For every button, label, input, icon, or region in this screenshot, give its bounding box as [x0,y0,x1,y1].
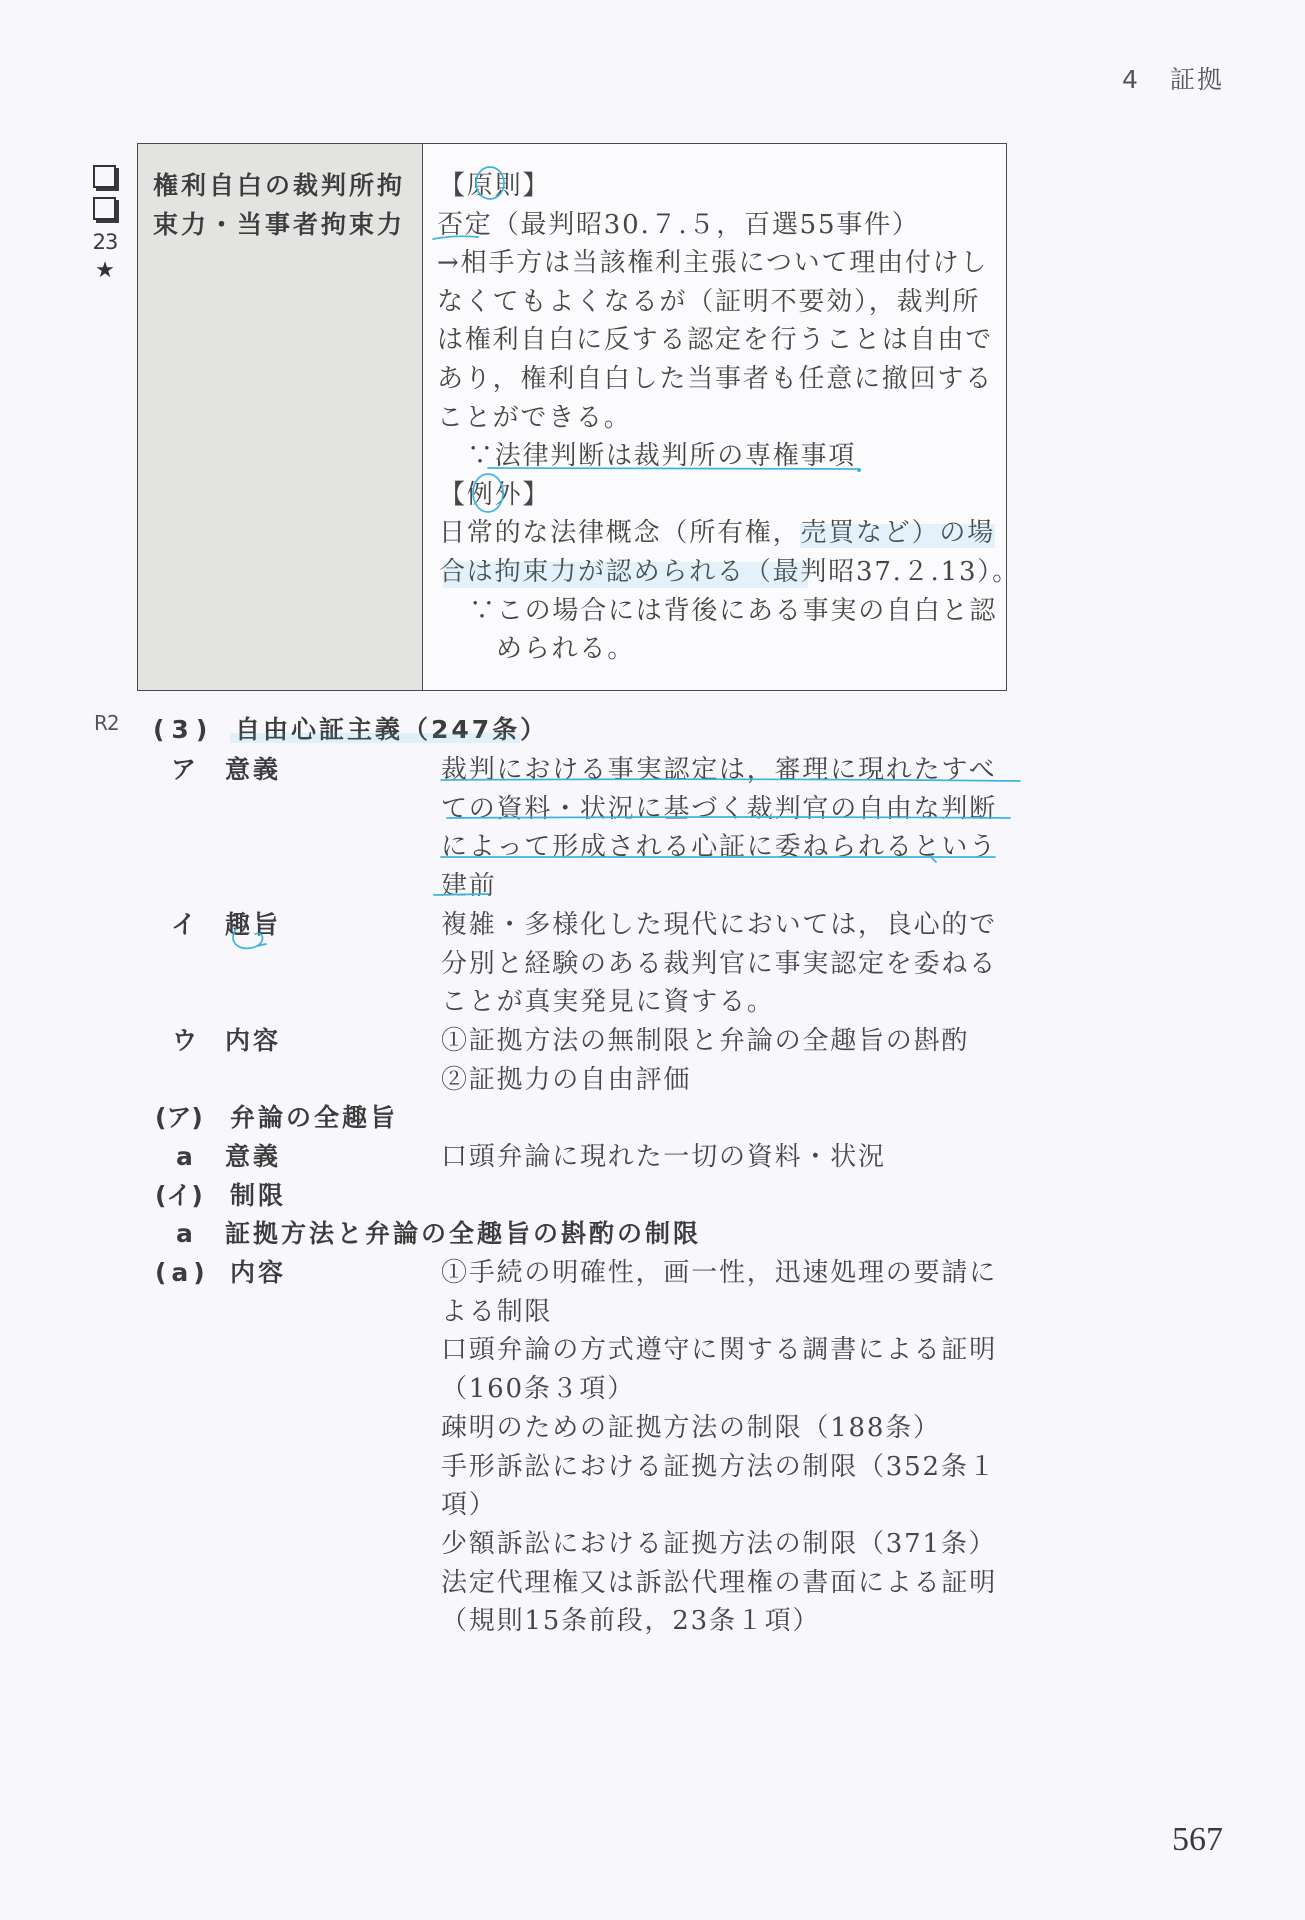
content-line: 日常的な法律概念（所有権，売買など）の場 [439,514,995,552]
content-line: あり，権利自白した当事者も任意に撤回する [437,360,993,398]
content-line: →相手方は当該権利主張について理由付けし [437,244,988,282]
section-title: 自由心証主義（247条） [235,711,548,749]
reason-line: ∵この場合には背後にある事実の自白と認 [469,592,997,630]
item-text-line: 手形訴訟における証拠方法の制限（352条１ [441,1448,996,1486]
star-icon: ★ [92,259,118,283]
study-checkbox-icon [93,165,116,188]
item-marker: a [176,1138,193,1176]
item-marker: a [176,1215,193,1253]
item-text-line: ことが真実発見に資する。 [441,983,775,1021]
item-marker: (イ) [155,1177,203,1215]
item-text-line: 建前 [441,867,497,905]
reason-line: ∵法律判断は裁判所の専権事項 [467,437,856,475]
table-row-label-cell: 権利自白の裁判所拘 束力・当事者拘束力 [138,144,423,690]
reason-line-continued: められる。 [496,630,635,668]
section-number: (3) [153,711,214,749]
item-marker: (a) [155,1254,210,1292]
item-text-line: 疎明のための証拠方法の制限（188条） [441,1409,941,1447]
content-line: なくてもよくなるが（証明不要効），裁判所 [437,283,980,321]
item-text-line: 項） [441,1486,497,1524]
item-text-line: 複雑・多様化した現代においては，良心的で [441,906,997,944]
item-label: 意義 [225,751,281,789]
book-page: 4 証拠 23 ★ 権利自白の裁判所拘 束力・当事者拘束力 【原則】 否定（最判… [0,0,1305,1920]
content-line: 合は拘束力が認められる（最判昭37.２.13）。 [439,553,1020,591]
item-marker: ウ [172,1022,197,1060]
item-label: 弁論の全趣旨 [230,1099,398,1137]
exception-heading: 【例外】 [439,476,550,514]
chapter-number: 4 [1122,61,1138,99]
frequency-count: 23 [92,230,118,254]
item-label: 内容 [225,1022,281,1060]
item-text-line: 裁判における事実認定は，審理に現れたすべ [441,751,996,789]
row-label-line: 権利自白の裁判所拘 [153,167,405,205]
item-label: 証拠方法と弁論の全趣旨の斟酌の制限 [225,1215,701,1253]
item-text-line: ①証拠方法の無制限と弁論の全趣旨の斟酌 [441,1022,969,1060]
principle-heading: 【原則】 [439,167,550,205]
content-line: は権利自白に反する認定を行うことは自由で [437,321,993,359]
item-marker: イ [171,906,196,944]
item-text-line: 口頭弁論に現れた一切の資料・状況 [441,1138,886,1176]
content-line: 否定（最判昭30.７.５，百選55事件） [437,206,920,244]
exam-year-tag: R2 [94,708,119,738]
item-text-line: ての資料・状況に基づく裁判官の自由な判断 [441,790,997,828]
item-text-line: ①手続の明確性，画一性，迅速処理の要請に [441,1254,997,1292]
item-text-line: （規則15条前段，23条１項） [441,1602,820,1640]
item-text-line: 法定代理権又は訴訟代理権の書面による証明 [441,1564,997,1602]
item-text-line: ②証拠力の自由評価 [441,1061,691,1099]
item-text-line: 口頭弁論の方式遵守に関する調書による証明 [441,1331,997,1369]
content-line: ことができる。 [437,399,632,437]
summary-table: 権利自白の裁判所拘 束力・当事者拘束力 【原則】 否定（最判昭30.７.５，百選… [137,143,1007,691]
item-text-line: よる制限 [441,1293,552,1331]
item-text-line: によって形成される心証に委ねられるという [441,828,997,866]
row-label-line: 束力・当事者拘束力 [153,206,405,244]
item-text-line: 分別と経験のある裁判官に事実認定を委ねる [441,945,997,983]
chapter-title: 証拠 [1170,61,1224,99]
item-text-line: 少額訴訟における証拠方法の制限（371条） [441,1525,996,1563]
item-marker: ア [171,751,196,789]
study-checkbox-icon [93,197,116,220]
item-label: 制限 [230,1177,286,1215]
item-label: 内容 [230,1254,286,1292]
item-marker: (ア) [155,1099,203,1137]
item-text-line: （160条３項） [441,1370,635,1408]
item-label: 趣旨 [225,906,281,944]
item-label: 意義 [225,1138,281,1176]
page-number: 567 [1172,1820,1223,1860]
